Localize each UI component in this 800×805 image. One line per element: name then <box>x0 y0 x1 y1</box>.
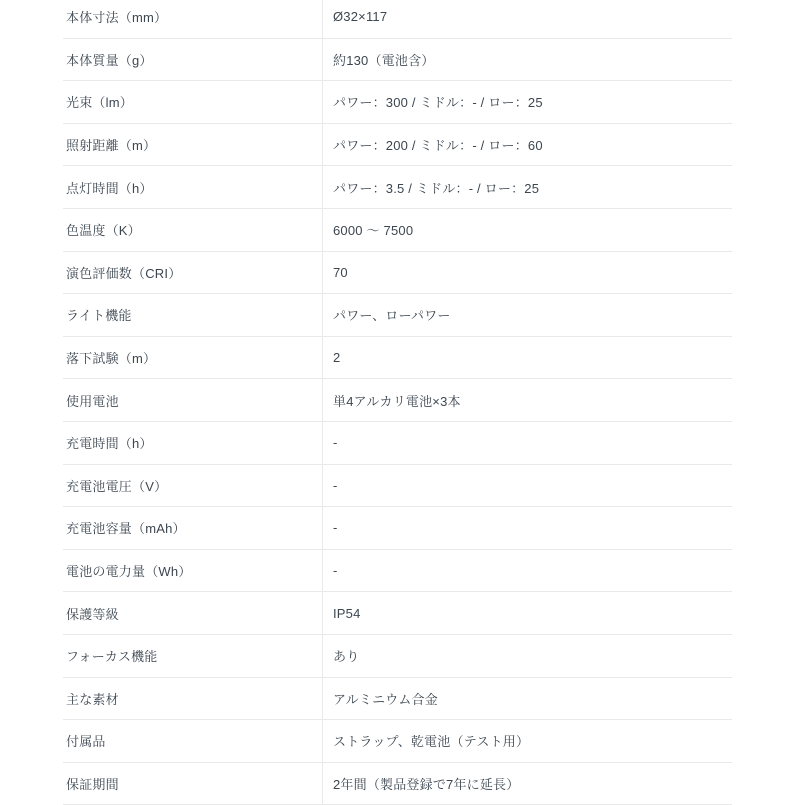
table-row: フォーカス機能 あり <box>63 635 732 678</box>
table-row: 保証期間 2年間（製品登録で7年に延長） <box>63 763 732 800</box>
spec-value: 単4アルカリ電池×3本 <box>322 379 732 421</box>
table-row: 本体質量（g） 約130（電池含） <box>63 39 732 82</box>
table-row: ライト機能 パワー、ローパワー <box>63 294 732 337</box>
spec-value: - <box>322 507 732 549</box>
spec-value: アルミニウム合金 <box>322 678 732 720</box>
spec-value: - <box>322 422 732 464</box>
spec-label: 演色評価数（CRI） <box>63 252 322 294</box>
spec-value: 2年間（製品登録で7年に延長） <box>322 763 732 800</box>
spec-label: 色温度（K） <box>63 209 322 251</box>
spec-value: 70 <box>322 252 732 294</box>
table-row: 電池の電力量（Wh） - <box>63 550 732 593</box>
table-row: 充電池容量（mAh） - <box>63 507 732 550</box>
spec-value: パワー：200 / ミドル：- / ロー：60 <box>322 124 732 166</box>
spec-label: 光束（lm） <box>63 81 322 123</box>
spec-label: 点灯時間（h） <box>63 166 322 208</box>
spec-label: 保証期間 <box>63 763 322 800</box>
product-spec-table: 本体寸法（mm） Ø32×117 本体質量（g） 約130（電池含） 光束（lm… <box>63 0 732 800</box>
spec-label: 主な素材 <box>63 678 322 720</box>
spec-value: パワー：3.5 / ミドル：- / ロー：25 <box>322 166 732 208</box>
table-row: 保護等級 IP54 <box>63 592 732 635</box>
table-row: 光束（lm） パワー：300 / ミドル：- / ロー：25 <box>63 81 732 124</box>
table-row: 本体寸法（mm） Ø32×117 <box>63 0 732 39</box>
spec-value: 約130（電池含） <box>322 39 732 81</box>
spec-label: 充電池電圧（V） <box>63 465 322 507</box>
table-row: 点灯時間（h） パワー：3.5 / ミドル：- / ロー：25 <box>63 166 732 209</box>
table-row: 色温度（K） 6000 ～ 7500 <box>63 209 732 252</box>
spec-label: 充電池容量（mAh） <box>63 507 322 549</box>
table-row: 落下試験（m） 2 <box>63 337 732 380</box>
table-row: 充電時間（h） - <box>63 422 732 465</box>
spec-label: ライト機能 <box>63 294 322 336</box>
table-row: 充電池電圧（V） - <box>63 465 732 508</box>
spec-value: Ø32×117 <box>322 0 732 38</box>
spec-value: 2 <box>322 337 732 379</box>
table-row: 照射距離（m） パワー：200 / ミドル：- / ロー：60 <box>63 124 732 167</box>
spec-label: フォーカス機能 <box>63 635 322 677</box>
spec-label: 電池の電力量（Wh） <box>63 550 322 592</box>
spec-label: 保護等級 <box>63 592 322 634</box>
table-row: 主な素材 アルミニウム合金 <box>63 678 732 721</box>
table-row: 付属品 ストラップ、乾電池（テスト用） <box>63 720 732 763</box>
spec-label: 本体質量（g） <box>63 39 322 81</box>
spec-value: あり <box>322 635 732 677</box>
spec-label: 付属品 <box>63 720 322 762</box>
spec-label: 使用電池 <box>63 379 322 421</box>
spec-label: 照射距離（m） <box>63 124 322 166</box>
table-row: 使用電池 単4アルカリ電池×3本 <box>63 379 732 422</box>
spec-value: ストラップ、乾電池（テスト用） <box>322 720 732 762</box>
spec-value: - <box>322 550 732 592</box>
spec-value: 6000 ～ 7500 <box>322 209 732 251</box>
table-row: 演色評価数（CRI） 70 <box>63 252 732 295</box>
spec-label: 充電時間（h） <box>63 422 322 464</box>
spec-value: IP54 <box>322 592 732 634</box>
spec-value: - <box>322 465 732 507</box>
spec-label: 本体寸法（mm） <box>63 0 322 38</box>
spec-label: 落下試験（m） <box>63 337 322 379</box>
spec-value: パワー：300 / ミドル：- / ロー：25 <box>322 81 732 123</box>
spec-value: パワー、ローパワー <box>322 294 732 336</box>
